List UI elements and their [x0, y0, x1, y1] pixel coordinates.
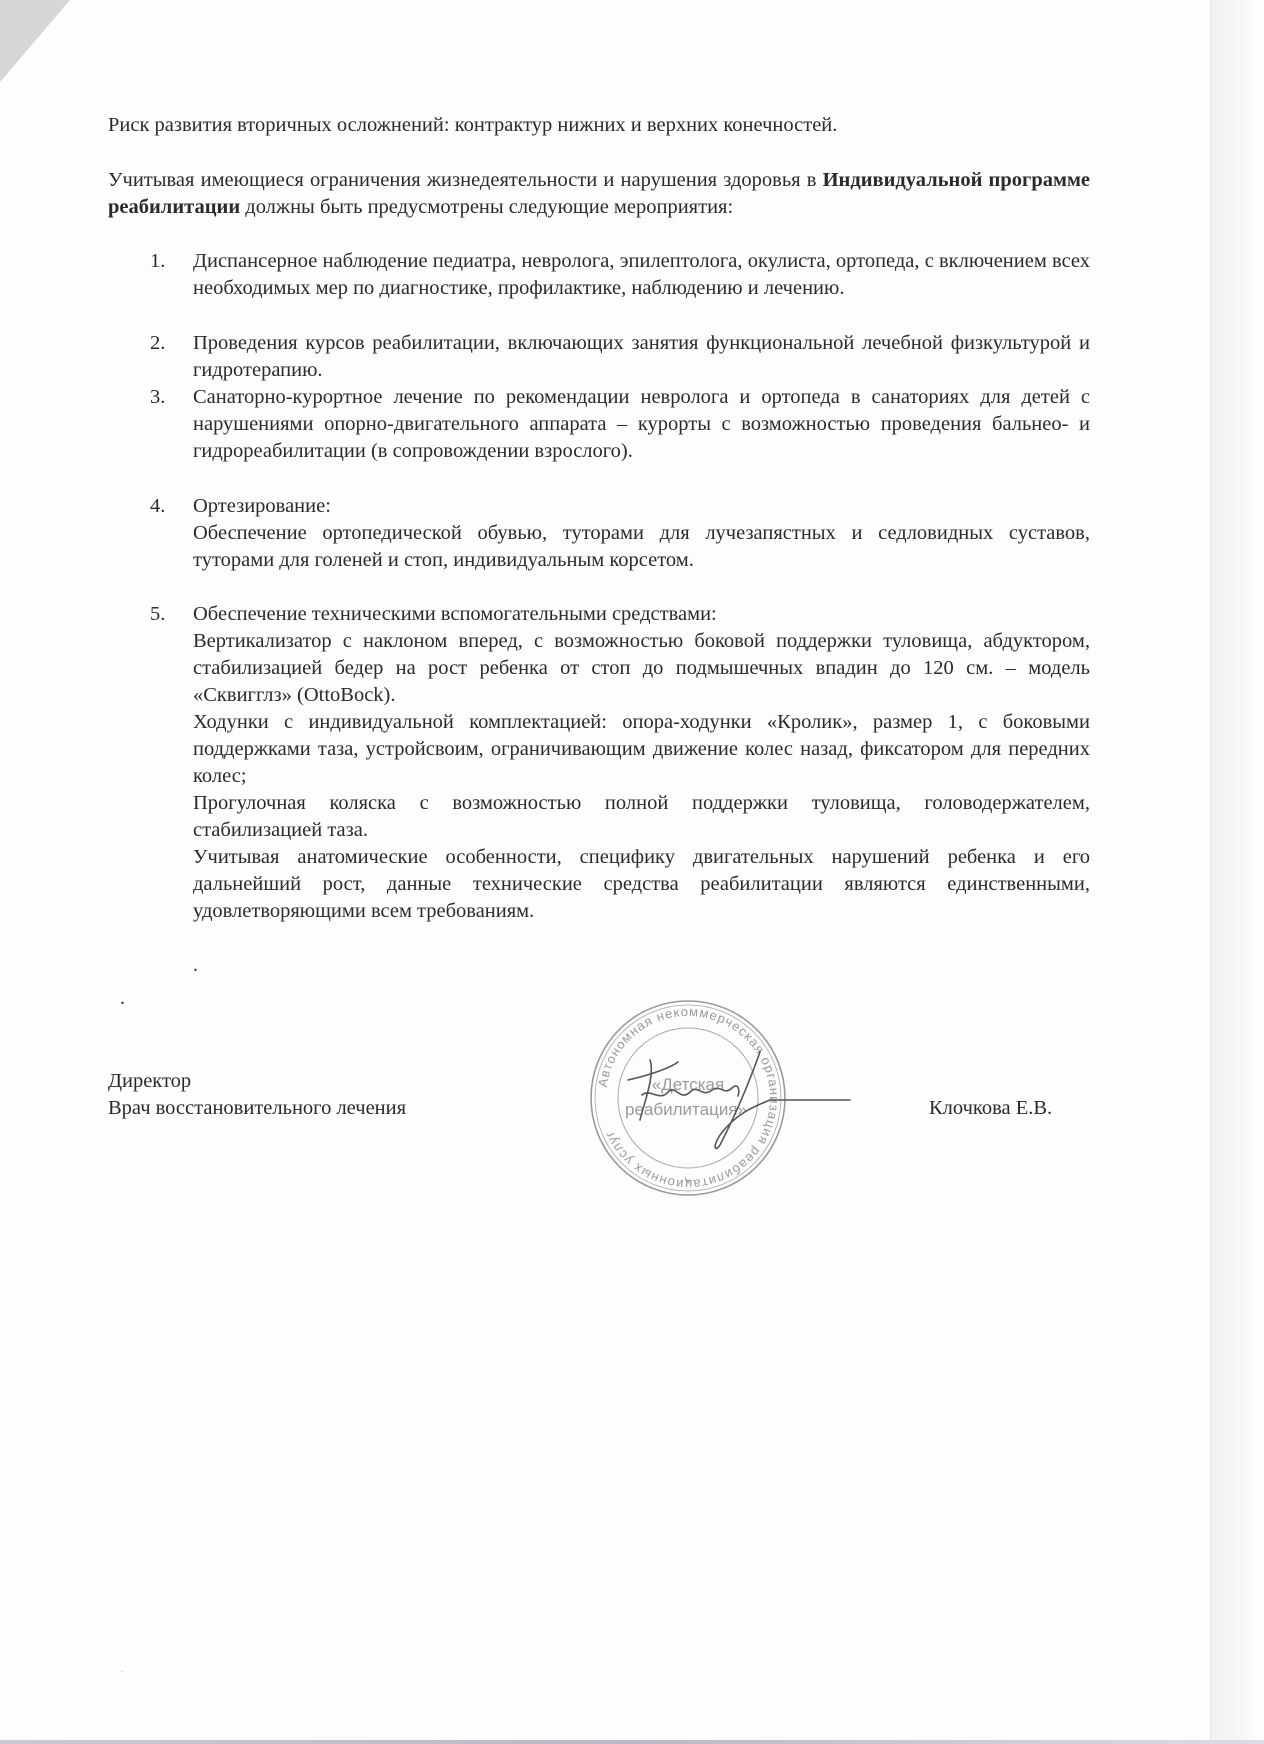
list-item-text: Санаторно-курортное лечение по рекоменда…: [193, 384, 1090, 465]
list-item-text: Обеспечение ортопедической обувью, тутор…: [193, 520, 1090, 574]
signatory-title-doctor: Врач восстановительного лечения: [108, 1095, 406, 1122]
risk-statement: Риск развития вторичных осложнений: конт…: [108, 112, 837, 139]
list-item-text-stander: Вертикализатор с наклоном вперед, с возм…: [193, 628, 1090, 709]
signatory-title-director: Директор: [108, 1068, 191, 1095]
svg-text:*: *: [686, 1177, 691, 1191]
intro-text-part2: должны быть предусмотрены следующие меро…: [245, 196, 733, 218]
list-number: 4.: [150, 493, 165, 520]
list-item-text-walker: Ходунки с индивидуальной комплектацией: …: [193, 709, 1090, 790]
scanned-page: Риск развития вторичных осложнений: конт…: [0, 0, 1264, 1744]
list-number: 1.: [150, 248, 165, 275]
scan-edge-strip: [1210, 0, 1253, 1744]
handwritten-signature: [620, 1040, 870, 1160]
list-item-text: Диспансерное наблюдение педиатра, неврол…: [193, 248, 1090, 302]
intro-paragraph: Учитывая имеющиеся ограничения жизнедеят…: [108, 167, 1090, 221]
list-number: 2.: [150, 330, 165, 357]
stray-dot: .: [120, 988, 125, 1008]
scan-bottom-edge: [0, 1740, 1264, 1744]
list-item-heading: Ортезирование:: [193, 493, 1090, 520]
list-number: 5.: [150, 601, 165, 628]
stray-dot: .: [193, 955, 198, 975]
folded-corner: [0, 0, 70, 82]
list-item-text: Проведения курсов реабилитации, включающ…: [193, 330, 1090, 384]
list-item-text-justification: Учитывая анатомические особенности, спец…: [193, 844, 1090, 925]
list-item-heading: Обеспечение техническими вспомогательным…: [193, 601, 1090, 628]
list-item-text-stroller: Прогулочная коляска с возможностью полно…: [193, 790, 1090, 844]
intro-text-part1: Учитывая имеющиеся ограничения жизнедеят…: [108, 169, 816, 191]
signatory-name: Клочкова Е.В.: [929, 1095, 1052, 1122]
list-number: 3.: [150, 384, 165, 411]
scan-speck: ·: [120, 1664, 124, 1679]
